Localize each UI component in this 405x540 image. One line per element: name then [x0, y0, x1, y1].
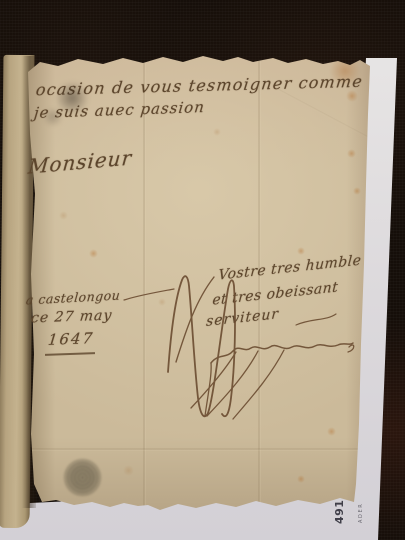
foxing-spot [346, 90, 358, 102]
foxing-spot [353, 187, 361, 195]
fold-crease-horizontal [28, 448, 370, 451]
crease-diagonal [273, 86, 380, 144]
dateline-day-month: ce 27 may [30, 308, 113, 327]
foxing-spot [297, 247, 305, 255]
foxing-spot [89, 249, 98, 258]
foxing-spot [213, 128, 221, 136]
foxing-spot [59, 211, 68, 220]
fold-crease-vertical-right [258, 54, 261, 510]
foxing-spot [123, 465, 134, 476]
foxing-spot [297, 475, 305, 483]
foxing-spot [158, 298, 166, 306]
lot-number-label: 491 [333, 500, 346, 524]
ink-smudge-small [42, 108, 64, 126]
foxing-spot [347, 149, 356, 158]
fold-crease-vertical-left [143, 54, 146, 510]
collection-stamp [64, 459, 101, 496]
manuscript-letter-photo: ocasion de vous tesmoigner comme je suis… [0, 0, 405, 540]
dateline-year: 1647 [47, 329, 95, 349]
foxing-spot [327, 427, 336, 436]
auction-house-label: ADER [358, 503, 364, 523]
